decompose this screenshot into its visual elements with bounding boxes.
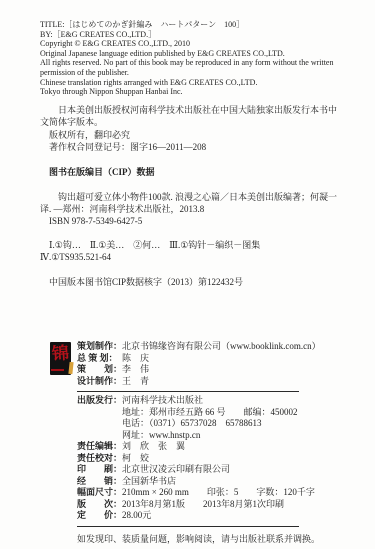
publisher-value: 刘 欣 张 翼 (122, 441, 185, 453)
publisher-label (77, 418, 122, 430)
publisher-label (77, 407, 122, 419)
publisher-label: 版 次： (77, 499, 122, 511)
publisher-row: 网址：www.hnstp.cn (77, 430, 345, 442)
credit-label: 策划制作： (77, 341, 122, 353)
credit-value: 陈 庆 (122, 353, 149, 365)
publisher-row: 责任校对：柯 姣 (77, 453, 345, 465)
publisher-value: 河南科学技术出版社 (122, 395, 203, 407)
publisher-value: 210mm × 260 mm 印张：5 字数：120千字 (122, 487, 315, 499)
divider-rule-bottom (77, 526, 299, 527)
publisher-row: 出版发行：河南科学技术出版社 (77, 395, 345, 407)
publisher-value: 全国新华书店 (122, 476, 176, 488)
booklink-logo-gold-mark (68, 362, 73, 374)
cip-classification-line-1: Ⅰ.①钩… Ⅱ.①美… ②何… Ⅲ.①钩针－编织－图集 (40, 239, 345, 251)
credit-row: 总 策 划：陈 庆 (77, 353, 345, 365)
english-copyright-line: Tokyo through Nippon Shuppan Hanbai Inc. (40, 87, 345, 97)
english-copyright-line: Original Japanese language edition publi… (40, 49, 345, 59)
planning-credits: 策划制作：北京书锦缘咨询有限公司（www.booklink.com.cn） 总 … (77, 338, 345, 387)
english-copyright-line: TITLE:［はじめてのかぎ針編み ハートパターン 100］ (40, 20, 345, 30)
publisher-label: 责任编辑： (77, 441, 122, 453)
credit-row: 策 划：李 伟 (77, 364, 345, 376)
publisher-label: 定 价： (77, 510, 122, 522)
publisher-row: 地址：郑州市经五路 66 号 邮编：450002 (77, 407, 345, 419)
cip-heading: 图书在版编目（CIP）数据 (40, 166, 345, 178)
publisher-row: 责任编辑：刘 欣 张 翼 (77, 441, 345, 453)
publisher-value: 2013年8月第1版 2013年8月第1次印刷 (122, 499, 284, 511)
authorization-paragraph: 日本美创出版授权河南科学技术出版社在中国大陆独家出版发行本书中文简体字版本。 (40, 104, 340, 128)
booklink-logo: 锦 (50, 342, 71, 375)
publisher-label: 印 刷： (77, 464, 122, 476)
publisher-value: 北京世汉凌云印刷有限公司 (122, 464, 230, 476)
credit-label: 策 划： (77, 364, 122, 376)
publisher-row: 幅面尺寸：210mm × 260 mm 印张：5 字数：120千字 (77, 487, 345, 499)
publication-info-block: 锦 策划制作：北京书锦缘咨询有限公司（www.booklink.com.cn） … (40, 338, 345, 545)
front-matter-block: TITLE:［はじめてのかぎ針編み ハートパターン 100］ BY:［E&G C… (40, 20, 345, 288)
publisher-label: 经 销： (77, 476, 122, 488)
booklink-logo-glyph: 锦 (51, 342, 69, 365)
english-copyright-line: Chinese translation rights arranged with… (40, 78, 345, 88)
publisher-value: 地址：郑州市经五路 66 号 邮编：450002 (122, 407, 298, 419)
english-copyright-block: TITLE:［はじめてのかぎ針編み ハートパターン 100］ BY:［E&G C… (40, 20, 345, 97)
publisher-row: 版 次：2013年8月第1版 2013年8月第1次印刷 (77, 499, 345, 511)
cip-classification-line-2: Ⅳ.①TS935.521-64 (40, 251, 345, 263)
credit-value: 李 伟 (122, 364, 149, 376)
publisher-label (77, 430, 122, 442)
publisher-value: 网址：www.hnstp.cn (122, 430, 200, 442)
english-copyright-line: permission of the publisher. (40, 68, 345, 78)
credit-label: 总 策 划： (77, 353, 122, 365)
publisher-label: 幅面尺寸： (77, 487, 122, 499)
isbn: ISBN 978-7-5349-6427-5 (40, 215, 345, 227)
book-colophon-page: TITLE:［はじめてのかぎ針編み ハートパターン 100］ BY:［E&G C… (0, 0, 375, 549)
credit-value: 王 青 (122, 376, 149, 388)
english-copyright-line: All rights reserved. No part of this boo… (40, 58, 345, 68)
publisher-label: 出版发行： (77, 395, 122, 407)
publisher-row: 经 销：全国新华书店 (77, 476, 345, 488)
quality-notice: 如发现印、装质量问题，影响阅读，请与出版社联系并调换。 (77, 533, 345, 545)
publisher-details: 出版发行：河南科学技术出版社 地址：郑州市经五路 66 号 邮编：450002 … (77, 395, 345, 522)
cip-record-number: 中国版本图书馆CIP数据核字（2013）第122432号 (40, 276, 345, 288)
publisher-label: 责任校对： (77, 453, 122, 465)
credit-row: 设计制作：王 青 (77, 376, 345, 388)
divider-rule-top (77, 391, 299, 392)
publisher-value: 柯 姣 (122, 453, 149, 465)
publisher-value: 28.00元 (122, 510, 151, 522)
publisher-row: 印 刷：北京世汉凌云印刷有限公司 (77, 464, 345, 476)
credit-value: 北京书锦缘咨询有限公司（www.booklink.com.cn） (122, 341, 321, 353)
english-copyright-line: BY:［E&G CREATES CO.,LTD.］ (40, 30, 345, 40)
booklink-logo-text-strip (51, 369, 64, 371)
publisher-value: 电话：（0371）65737028 65788613 (122, 418, 262, 430)
copyright-registration-number: 著作权合同登记号：图字16—2011—208 (40, 141, 345, 153)
english-copyright-line: Copyright © E&G CREATES CO.,LTD., 2010 (40, 39, 345, 49)
rights-notice: 版权所有，翻印必究 (40, 129, 345, 141)
publisher-row: 电话：（0371）65737028 65788613 (77, 418, 345, 430)
credit-row: 策划制作：北京书锦缘咨询有限公司（www.booklink.com.cn） (77, 341, 345, 353)
cip-record: 钩出超可爱立体小物件100款. 浪漫之心篇／日本美创出版编著；何凝一译. —郑州… (40, 191, 340, 215)
credit-label: 设计制作： (77, 376, 122, 388)
publisher-row: 定 价：28.00元 (77, 510, 345, 522)
